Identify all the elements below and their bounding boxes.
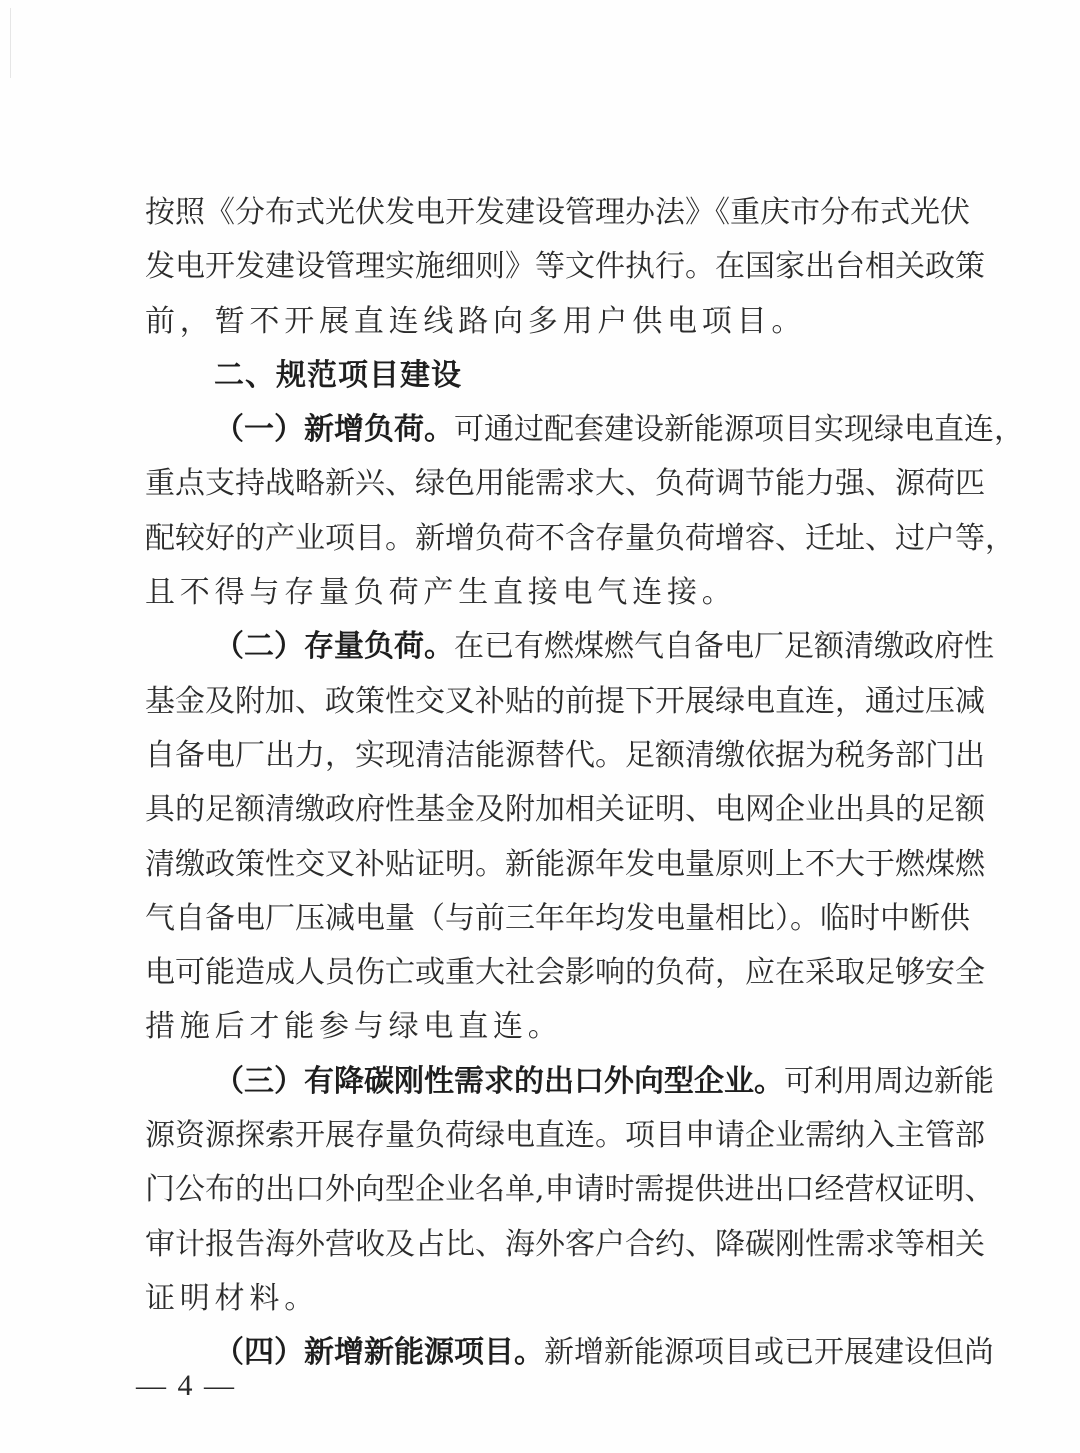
item-1-line: 重点支持战略新兴、绿色用能需求大、负荷调节能力强、源荷匹 <box>145 457 945 511</box>
item-1-line: 配较好的产业项目。新增负荷不含存量负荷增容、迁址、过户等， <box>145 512 945 566</box>
paragraph-line: 按照《分布式光伏发电开发建设管理办法》《重庆市分布式光伏 <box>145 186 945 240</box>
scan-edge-artifact <box>10 8 11 78</box>
item-1-first-line: （一）新增负荷。可通过配套建设新能源项目实现绿电直连， <box>145 403 945 457</box>
item-4-first-line-text: 新增新能源项目或已开展建设但尚 <box>544 1335 994 1370</box>
item-1-first-line-text: 可通过配套建设新能源项目实现绿电直连， <box>454 412 1024 447</box>
item-2-line: 具的足额清缴政府性基金及附加相关证明、电网企业出具的足额 <box>145 783 945 837</box>
document-body: 按照《分布式光伏发电开发建设管理办法》《重庆市分布式光伏 发电开发建设管理实施细… <box>145 186 945 1381</box>
item-1-subhead: （一）新增负荷。 <box>214 412 454 447</box>
item-2-line: 自备电厂出力，实现清洁能源替代。足额清缴依据为税务部门出 <box>145 729 945 783</box>
item-2-line: 清缴政策性交叉补贴证明。新能源年发电量原则上不大于燃煤燃 <box>145 838 945 892</box>
item-2-first-line-text: 在已有燃煤燃气自备电厂足额清缴政府性 <box>454 629 994 664</box>
item-3-last-line: 证明材料。 <box>145 1272 945 1326</box>
item-2-first-line: （二）存量负荷。在已有燃煤燃气自备电厂足额清缴政府性 <box>145 620 945 674</box>
item-2-line: 基金及附加、政策性交叉补贴的前提下开展绿电直连，通过压减 <box>145 675 945 729</box>
item-3-line: 源资源探索开展存量负荷绿电直连。项目申请企业需纳入主管部 <box>145 1109 945 1163</box>
item-3-first-line: （三）有降碳刚性需求的出口外向型企业。可利用周边新能 <box>145 1055 945 1109</box>
item-3-line: 审计报告海外营收及占比、海外客户合约、降碳刚性需求等相关 <box>145 1218 945 1272</box>
item-1-last-line: 且不得与存量负荷产生直接电气连接。 <box>145 566 945 620</box>
page-number: — 4 — <box>136 1369 236 1403</box>
section-heading: 二、规范项目建设 <box>145 349 945 403</box>
item-4-subhead: （四）新增新能源项目。 <box>214 1335 544 1370</box>
item-2-subhead: （二）存量负荷。 <box>214 629 454 664</box>
item-2-line: 气自备电厂压减电量（与前三年年均发电量相比）。临时中断供 <box>145 892 945 946</box>
paragraph-line: 前，暂不开展直连线路向多用户供电项目。 <box>145 295 945 349</box>
item-3-subhead: （三）有降碳刚性需求的出口外向型企业。 <box>214 1064 784 1099</box>
item-2-line: 电可能造成人员伤亡或重大社会影响的负荷，应在采取足够安全 <box>145 946 945 1000</box>
item-3-first-line-text: 可利用周边新能 <box>784 1064 994 1099</box>
document-page: 按照《分布式光伏发电开发建设管理办法》《重庆市分布式光伏 发电开发建设管理实施细… <box>0 0 1080 1453</box>
item-3-line: 门公布的出口外向型企业名单,申请时需提供进出口经营权证明、 <box>145 1163 945 1217</box>
paragraph-line: 发电开发建设管理实施细则》等文件执行。在国家出台相关政策 <box>145 240 945 294</box>
item-2-last-line: 措施后才能参与绿电直连。 <box>145 1000 945 1054</box>
item-4-first-line: （四）新增新能源项目。新增新能源项目或已开展建设但尚 <box>145 1326 945 1380</box>
